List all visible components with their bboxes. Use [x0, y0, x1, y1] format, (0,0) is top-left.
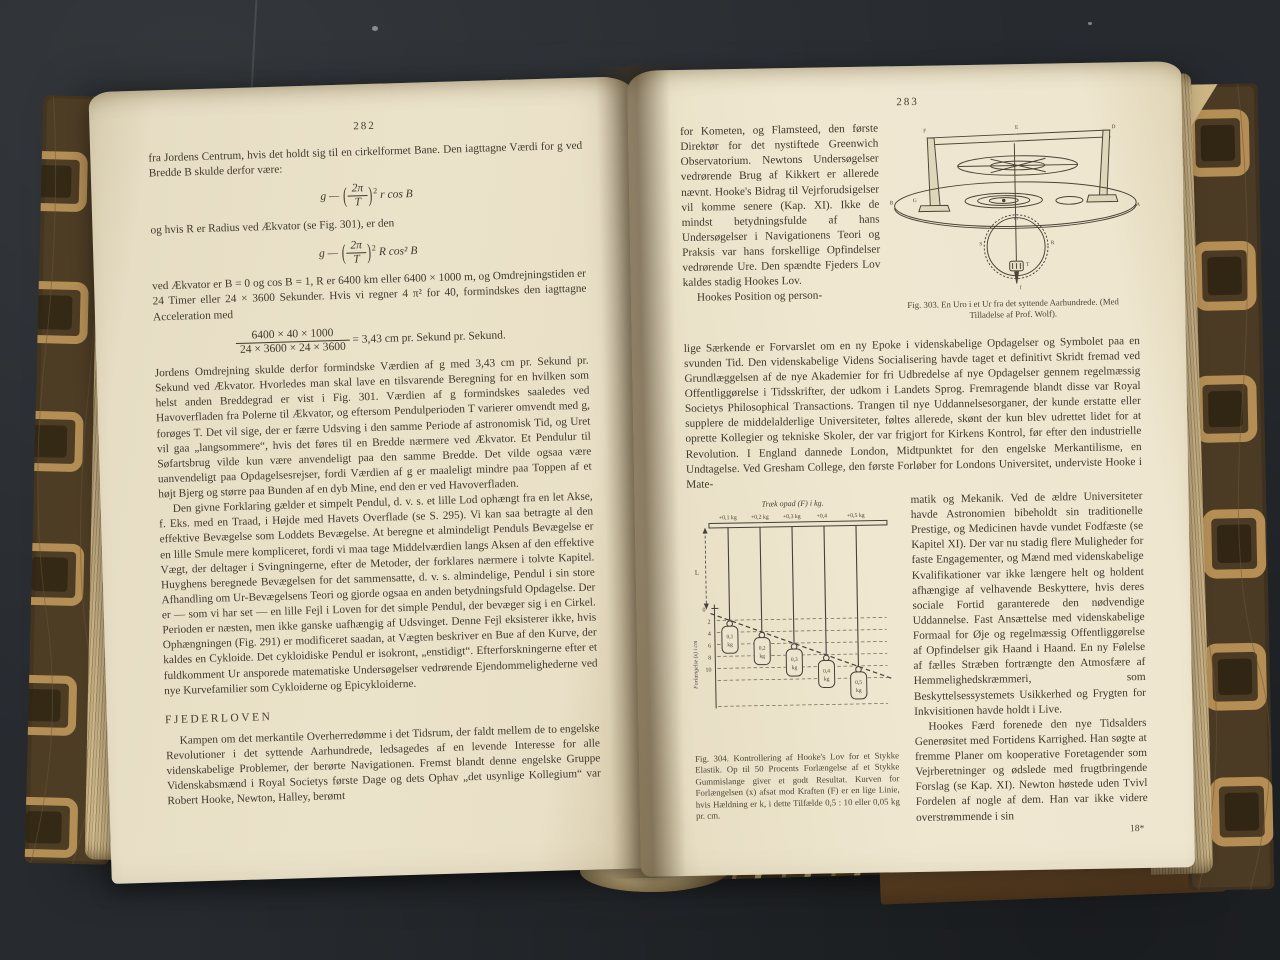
fig304-length-label: L [695, 569, 699, 577]
formula-g-latitude: g — (2πT)2 r cos B [149, 176, 584, 216]
paragraph-fjederloven: Kampen om det merkantile Overherredømme … [165, 721, 601, 809]
fig304-force-label: +0,2 kg [751, 514, 769, 520]
paragraph-intro: fra Jordens Centrum, hvis det holdt sig … [148, 139, 583, 182]
fig303-label: G [913, 198, 917, 204]
fig304-y-axis-label: Forlængelse (x) i cm [692, 641, 700, 690]
paragraph-equator: ved Ækvator er B = 0 og cos B = 1, R er … [152, 267, 587, 325]
fraction-denominator: 24 × 3600 × 24 × 3600 [236, 340, 350, 357]
formula-tail: R cos² B [379, 245, 418, 258]
fraction-numerator: 2π [348, 182, 368, 197]
fig304-zero: 0 [702, 608, 705, 614]
fig304-weight-unit: kg [759, 653, 765, 659]
fig304-weight-unit: kg [727, 642, 733, 648]
fig304-tick: 4 [708, 631, 711, 637]
paren-close: ) [367, 184, 374, 207]
fig303-label: D [1112, 124, 1116, 130]
fig303-label: F [923, 128, 926, 134]
fig304-weight-value: 0,2 [759, 645, 766, 651]
fig304-force-label: +0,4 [817, 513, 828, 519]
formula-g-equator: g — (2πT)2 R cos² B [151, 232, 586, 272]
paren-open: ( [342, 185, 349, 208]
fig304-tick: 10 [705, 667, 711, 673]
fig303-label: m [1014, 216, 1019, 222]
fraction-denominator: T [348, 197, 368, 211]
column-top-left-cont: Hookes Position og person- [683, 288, 881, 307]
column-top-left: for Kometen, og Flamsteed, den første Di… [680, 122, 881, 292]
exponent: 2 [372, 243, 376, 252]
dust-speck [1088, 22, 1092, 25]
fig304-weight-unit: kg [792, 665, 798, 671]
right-page: 283 for Kometen, og Flamsteed, den først… [627, 61, 1195, 877]
page-number-right: 283 [680, 92, 1136, 112]
formula-result: = 3,43 cm pr. Sekund pr. Sekund. [352, 329, 506, 346]
paragraph-rotation: Jordens Omdrejning skulde derfor formind… [155, 354, 593, 503]
fig303-label: T [1026, 262, 1030, 268]
fig304-tick: 2 [708, 619, 711, 625]
paragraph-pendulum: Den givne Forklaring gælder et simpelt P… [159, 490, 599, 699]
exponent: 2 [373, 187, 377, 196]
formula-acceleration: 6400 × 40 × 100024 × 3600 × 24 × 3600 = … [154, 319, 589, 359]
fraction-numerator: 2π [346, 239, 366, 254]
dust-speck [372, 26, 378, 31]
fig303-label: B [890, 200, 894, 206]
fig304-weight-value: 0,1 [726, 634, 733, 640]
fig304-caption: Fig. 304. Kontrollering af Hooke's Lov f… [691, 750, 904, 822]
fig303-label: S [979, 241, 982, 247]
fig304-weight-unit: kg [856, 688, 862, 694]
fig304-hooke-chart: Træk opad (F) i kg. +0,1 kg +0,2 kg +0,3… [686, 493, 895, 747]
paragraph-full-width: lige Særkende er Forvarslet om en ny Epo… [684, 334, 1143, 493]
left-page: 282 fra Jordens Centrum, hvis det holdt … [88, 76, 657, 884]
paren-close: ) [366, 241, 373, 264]
figure-304: Træk opad (F) i kg. +0,1 kg +0,2 kg +0,3… [686, 493, 904, 851]
column-bottom-right-p2: Hookes Færd forenede den nye Tidsalders … [914, 716, 1148, 826]
fig303-clock-illustration: F E D G B A m S R T f [888, 117, 1143, 293]
fig303-label: E [1015, 125, 1018, 131]
printers-signature: 18* [916, 824, 1148, 838]
formula-tail: r cos B [380, 188, 413, 201]
fig304-weight-value: 0,5 [855, 680, 862, 686]
fig303-label: f [1020, 284, 1022, 291]
fig303-caption: Fig. 303. En Uro i et Ur fra det syttend… [891, 296, 1135, 323]
fig304-weight-unit: kg [824, 676, 830, 682]
fig304-force-label: +0,5 kg [847, 513, 865, 519]
formula-lead: g — [320, 190, 339, 203]
fig304-force-label: +0,3 kg [783, 514, 801, 520]
figure-303: F E D G B A m S R T f Fig. [888, 117, 1144, 332]
fig304-tick: 6 [708, 643, 711, 649]
paren-open: ( [340, 242, 347, 265]
fig304-title: Træk opad (F) i kg. [762, 498, 824, 508]
fig303-label: R [1051, 240, 1055, 246]
fig304-force-label: +0,1 kg [719, 515, 737, 521]
fig304-weight-value: 0,3 [791, 657, 798, 663]
page-number-left: 282 [147, 114, 581, 139]
column-bottom-right-p1: matik og Mekanik. Ved de ældre Universit… [910, 489, 1146, 720]
fig303-label: A [1136, 202, 1140, 208]
fig304-weight-value: 0,4 [823, 668, 830, 674]
fig304-tick: 8 [708, 655, 711, 661]
fraction-denominator: T [347, 253, 367, 267]
formula-lead: g — [319, 247, 338, 260]
